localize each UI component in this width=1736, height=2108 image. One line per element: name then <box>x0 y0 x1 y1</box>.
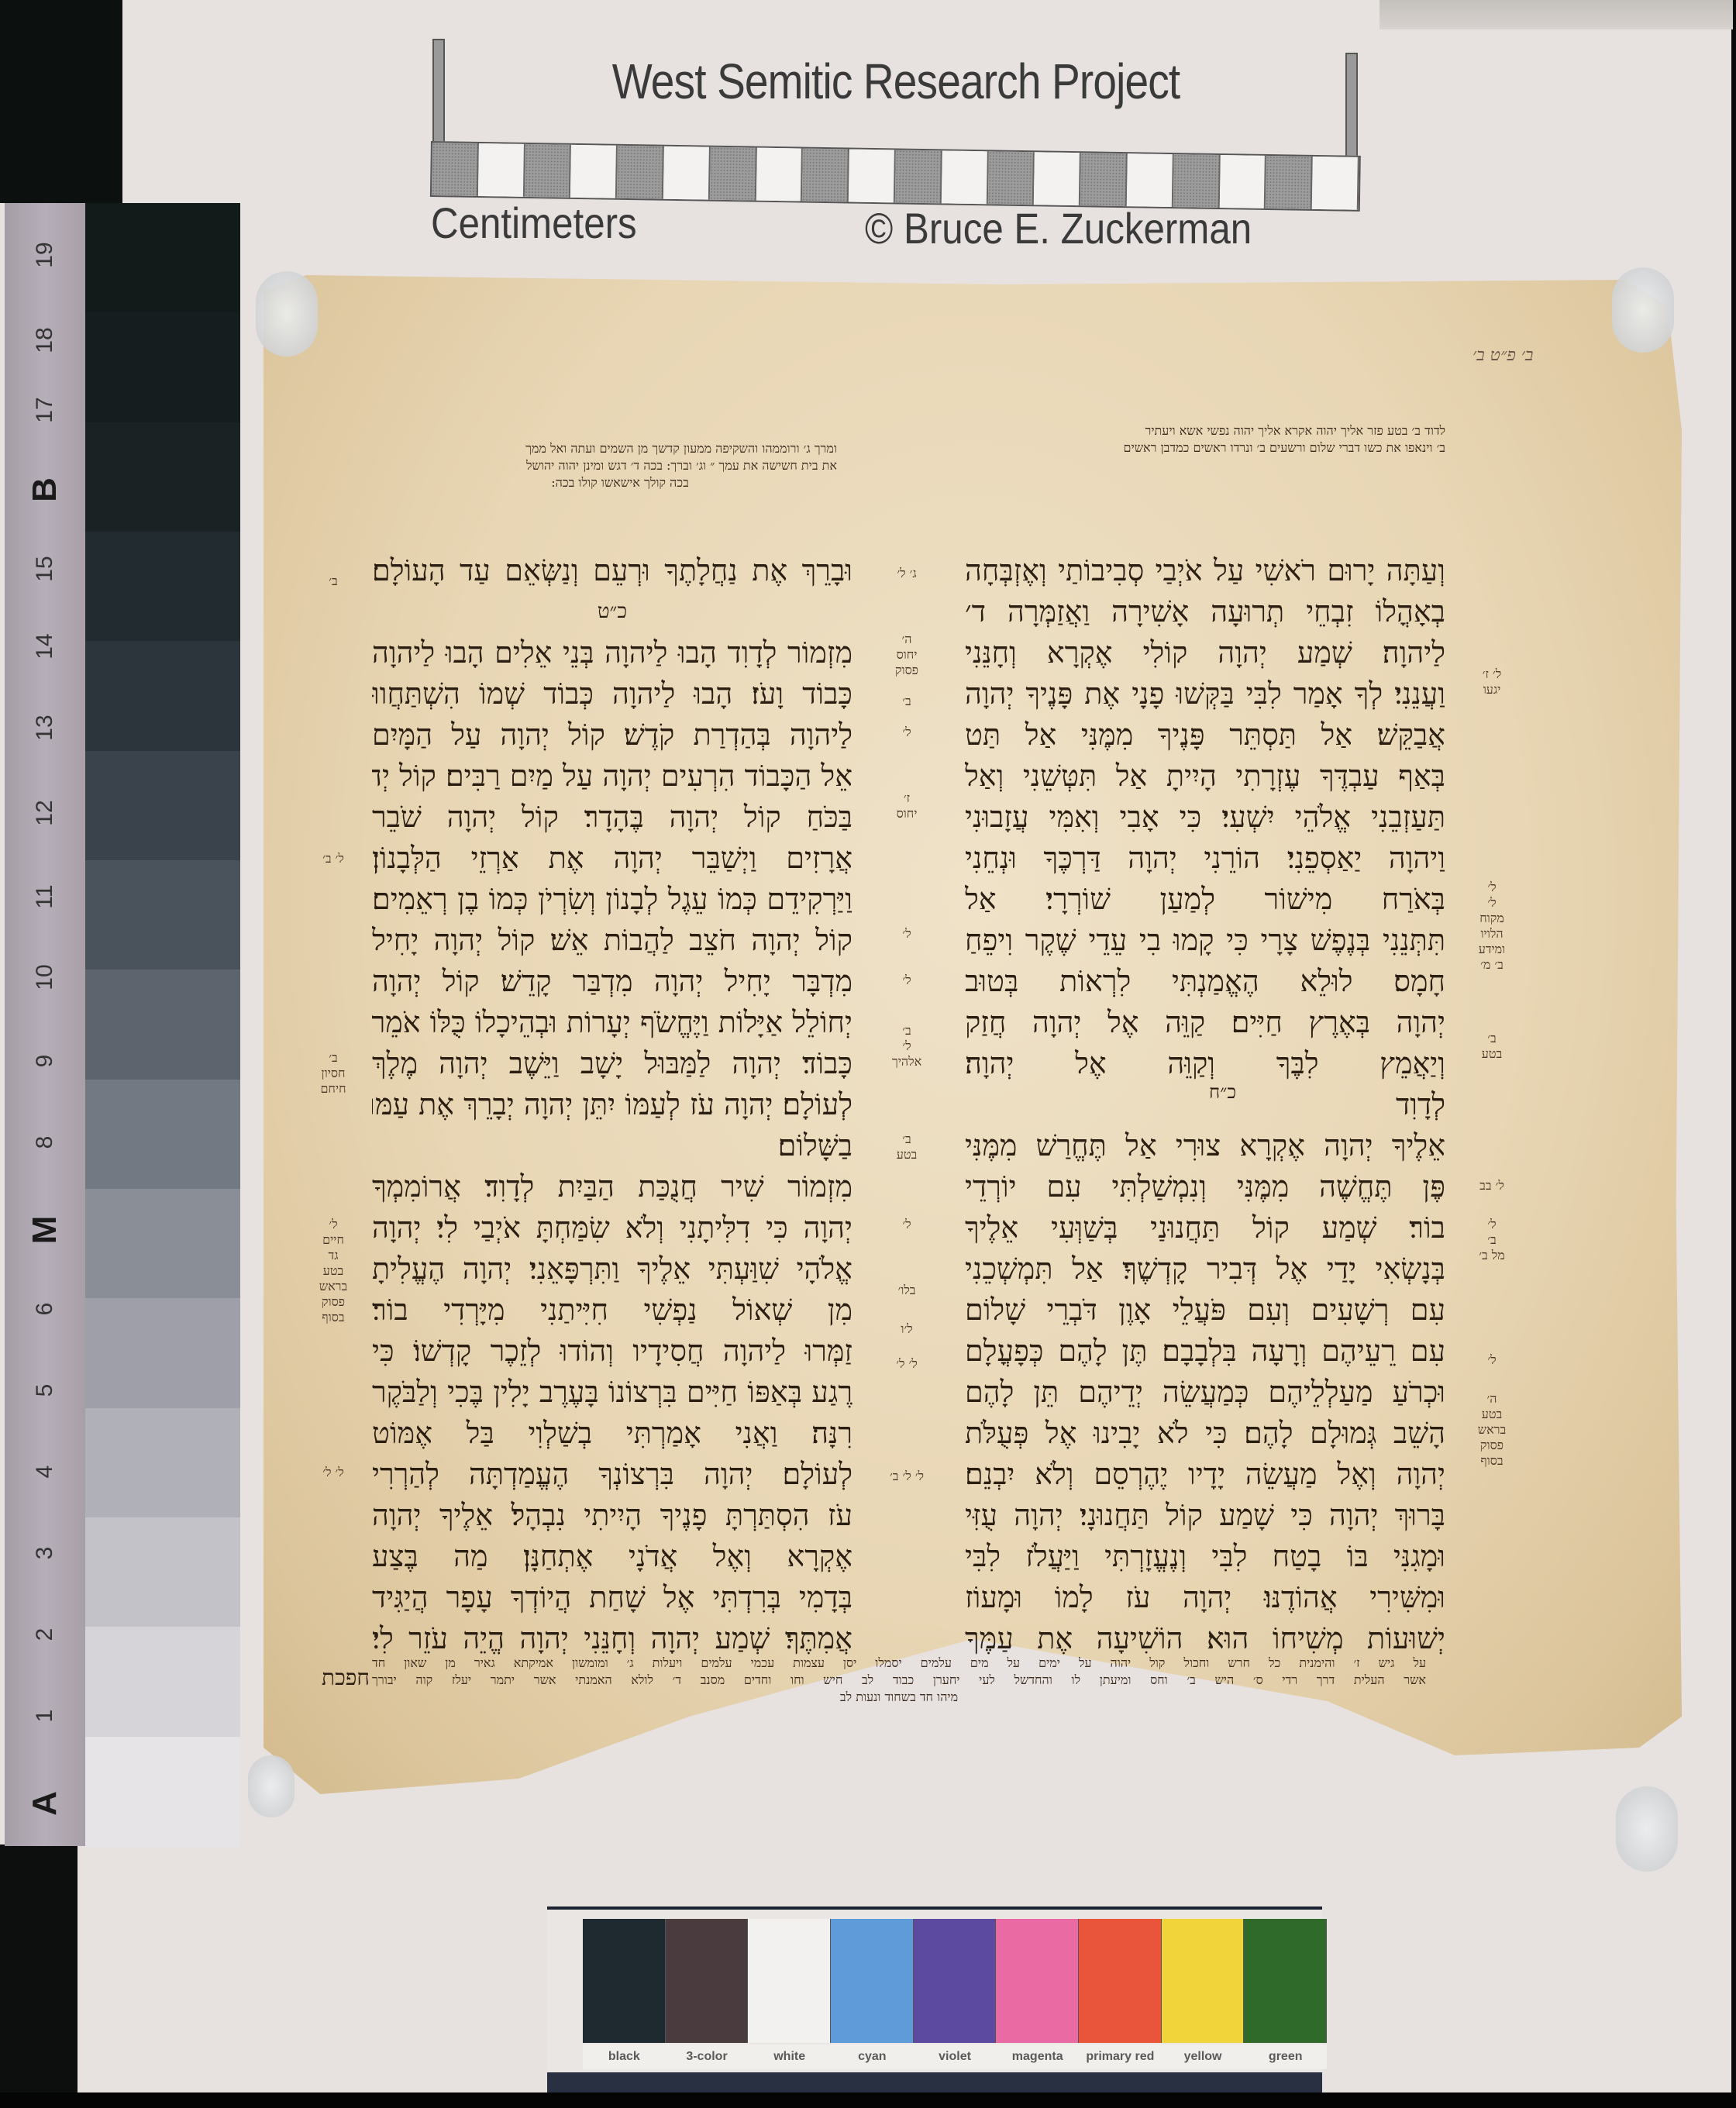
margin-note: ל׳ <box>880 973 934 988</box>
color-swatch-label: green <box>1244 2044 1327 2069</box>
manuscript-line: אֵלֶיךָ יְהוָה אֶקְרָא צוּרִי אַל תֶּחֱר… <box>965 1125 1445 1166</box>
scale-block <box>478 143 525 197</box>
masora-line: את בית חשישה את עמך ״ וג׳ וברך: בכה ד׳ ד… <box>403 457 837 474</box>
mounting-tape-top-right <box>1612 267 1674 353</box>
ruler-tick: B <box>26 457 64 522</box>
gray-step <box>85 641 240 751</box>
manuscript-line: בָּרוּךְ יְהוָה כִּי שָׁמַע קוֹל תַּחֲנו… <box>965 1495 1445 1536</box>
manuscript-line: אֵל הַכָּבוֹד הִרְעִים יְהוָה עַל מַיִם … <box>372 756 852 797</box>
backdrop-black-bottom <box>0 2092 1736 2108</box>
gray-step <box>85 203 240 313</box>
mounting-tape-top-left <box>256 271 318 356</box>
color-swatch <box>748 1919 831 2043</box>
margin-note: ל׳ ז׳ יגעו <box>1465 666 1519 697</box>
margin-note: ג׳ ל׳ <box>880 566 934 581</box>
gray-step <box>85 1189 240 1299</box>
scale-block <box>1080 153 1128 206</box>
ruler-tick: 19 <box>32 222 58 288</box>
scale-block <box>849 149 896 202</box>
color-swatches <box>583 1919 1327 2043</box>
margin-note: ל׳ ל׳ <box>306 1465 360 1480</box>
manuscript-line: אֱלֹהָי שִׁוַּעְתִּי אֵלֶיךָ וַתִּרְפָּא… <box>372 1249 852 1290</box>
scale-block <box>1173 154 1221 208</box>
color-swatch-label: yellow <box>1162 2044 1245 2069</box>
ruler-tick: 9 <box>32 1028 58 1094</box>
color-swatch <box>666 1919 749 2043</box>
masora-top-left: ומרך ג׳ ורוממהו והשקיפה ממעון קדשך מן הש… <box>403 440 837 491</box>
manuscript-line: בַּכֹּחַ קוֹל יְהוָה בֶּהָדָר׃ קוֹל יְהו… <box>372 797 852 838</box>
manuscript-line: יְחוֹלֵל אַיָּלוֹת וַיֶּחֱשֹׂף יְעָרוֹת … <box>372 1002 852 1043</box>
scale-block <box>663 146 711 200</box>
manuscript-line: וּמִשִּׁירִי אֲהוֹדֶנּוּ׃ יְהוָה עֹז לָמ… <box>965 1577 1445 1618</box>
ruler-tick: A <box>26 1771 64 1836</box>
ruler-tick: 13 <box>32 695 58 760</box>
ruler-tick: 17 <box>32 377 58 443</box>
color-swatch-label: white <box>748 2044 831 2069</box>
manuscript-line: אֶקְרָא וְאֶל אֲדֹנָי אֶתְחַנָּן׃ מַה בֶ… <box>372 1536 852 1577</box>
manuscript-line: וּמָגִנִּי בּוֹ בָטַח לִבִּי וְנֶעֱזָרְת… <box>965 1536 1445 1577</box>
manuscript-line: וַיַּרְקִידֵם כְּמוֹ עֵגֶל לְבָנוֹן וְשִ… <box>372 879 852 920</box>
gray-scale-strip <box>85 203 240 1846</box>
margin-note: בלו׳ <box>880 1283 934 1298</box>
gray-step <box>85 860 240 970</box>
margin-note: ל׳ חיים גד בטע בראש פסוק בסוף <box>306 1217 360 1325</box>
color-swatch <box>1079 1919 1162 2043</box>
ruler-tick: 14 <box>32 614 58 679</box>
manuscript-line: יְהוָה וְאֶל מַעֲשֵׂה יָדָיו יֶהֶרְסֵם ו… <box>965 1454 1445 1495</box>
manuscript-line: לַיהוָה׃ שְׁמַע יְהוָה קוֹלִי אֶקְרָא וְ… <box>965 632 1445 673</box>
masora-line: אשר העלית דרך רדי ס׳ היש ב׳ וחס ומיעתן ל… <box>372 1672 1426 1689</box>
manuscript-line: מִדְבָּר יָחִיל יְהוָה מִדְבַּר קָדֵשׁ׃ … <box>372 961 852 1002</box>
backdrop-black-corner-bottom <box>0 1844 77 2108</box>
scale-block <box>987 151 1035 205</box>
manuscript-line: כ״ט <box>372 591 852 632</box>
manuscript-line: אֲרָזִים וַיְשַׁבֵּר יְהוָה אֶת אַרְזֵי … <box>372 838 852 879</box>
text-column-left: וּבָרֵךְ אֶת נַחֲלָתֶךָ וּרְעֵם וְנַשְּׂ… <box>372 550 852 1659</box>
margin-note: ה׳ יחוס פסוק <box>880 632 934 678</box>
color-swatch-label: violet <box>914 2044 997 2069</box>
ruler-tick: 18 <box>32 308 58 373</box>
ruler-tick: 4 <box>32 1439 58 1504</box>
gray-step <box>85 1408 240 1518</box>
margin-note: ל׳ <box>1465 1352 1519 1368</box>
masora-bottom: על גיש ז׳ והימנית כל חרש וחכול קול יהוה … <box>372 1655 1426 1706</box>
ruler-tick: M <box>26 1197 64 1262</box>
backdrop-top-strip <box>1379 0 1733 29</box>
text-column-right: וְעַתָּה יָרוּם רֹאשִׁי עַל אֹיְבַי סְבִ… <box>965 550 1445 1659</box>
scale-unit-label: Centimeters <box>431 198 637 248</box>
margin-note: ל׳ ב׳ מל ב׳ <box>1465 1217 1519 1263</box>
manuscript-line: וְעַתָּה יָרוּם רֹאשִׁי עַל אֹיְבַי סְבִ… <box>965 550 1445 591</box>
scale-copyright: © Bruce E. Zuckerman <box>865 203 1252 253</box>
scale-block <box>617 146 664 199</box>
scale-block <box>1266 156 1313 209</box>
scale-left-post <box>432 39 445 154</box>
manuscript-line: תַּעַזְבֵנִי אֱלֹהֵי יִשְׁעִי׃ כִּי אָבִ… <box>965 797 1445 838</box>
masora-line: על גיש ז׳ והימנית כל חרש וחכול קול יהוה … <box>372 1655 1426 1672</box>
manuscript-line: לְעוֹלָם׃ יְהוָה בִּרְצוֹנְךָ הֶעֱמַדְתָ… <box>372 1454 852 1495</box>
manuscript-line: אֲבַקֵּשׁ׃ אַל תַּסְתֵּר פָּנֶיךָ מִמֶּנ… <box>965 715 1445 756</box>
manuscript-line: לְעוֹלָם׃ יְהוָה עֹז לְעַמּוֹ יִתֵּן יְה… <box>372 1084 852 1125</box>
color-swatch <box>1162 1919 1245 2043</box>
manuscript-line: בְּדָמִי בְּרִדְתִּי אֶל שָׁחַת הֲיוֹדְך… <box>372 1577 852 1618</box>
manuscript-line: מִן שְׁאוֹל נַפְשִׁי חִיִּיתַנִי מִיָּרְ… <box>372 1290 852 1331</box>
backdrop-black-corner <box>0 0 122 203</box>
scale-block <box>1219 155 1266 208</box>
color-chart-base <box>547 2072 1322 2092</box>
ruler-tick: 3 <box>32 1521 58 1586</box>
mounting-tape-bottom-right <box>1616 1786 1678 1872</box>
scale-title: West Semitic Research Project <box>496 53 1296 110</box>
ruler-tick: 5 <box>32 1358 58 1423</box>
manuscript-line: פֶּן תֶּחֱשֶׁה מִמֶּנִּי וְנִמְשַׁלְתִּי… <box>965 1166 1445 1207</box>
backdrop-black-edge <box>1731 0 1736 2108</box>
folio-mark: ב׳ פ״ט ב׳ <box>1472 345 1534 365</box>
manuscript-line: בוֹר׃ שְׁמַע קוֹל תַּחֲנוּנַי בְּשַׁוְּע… <box>965 1207 1445 1249</box>
manuscript-line: יְהוָה בְּאֶרֶץ חַיִּים׃ קַוֵּה אֶל יְהו… <box>965 1002 1445 1043</box>
masora-line: מיהו חד בשחוד ונעות לב <box>372 1689 1426 1706</box>
ruler-tick: 2 <box>32 1602 58 1667</box>
manuscript-line: וְיַאֲמֵץ לִבֶּךָ וְקַוֵּה אֶל יְהוָה׃ <box>965 1043 1445 1084</box>
masora-line: לדוד ב׳ בטע פזר אליך יהוה אקרא אליך יהוה… <box>965 422 1445 439</box>
gray-step <box>85 532 240 642</box>
color-swatch-label: primary red <box>1079 2044 1162 2069</box>
margin-note: ב׳ <box>880 694 934 709</box>
margin-note: ל׳ <box>880 725 934 740</box>
ruler-tick: 10 <box>32 945 58 1010</box>
color-swatch-labels: black3-colorwhitecyanvioletmagentaprimar… <box>583 2044 1327 2069</box>
psalm-number: כ״ח <box>1209 1081 1236 1104</box>
manuscript-line: בְּאֹרַח מִישׁוֹר לְמַעַן שׁוֹרְרָי׃ אַל <box>965 879 1445 920</box>
gray-step <box>85 970 240 1080</box>
masora-line: בכה קולך אישאשו קולו בכה: <box>403 474 837 491</box>
manuscript-line: בְּאַף עַבְדֶּךָ עֶזְרָתִי הָיִיתָ אַל ת… <box>965 756 1445 797</box>
manuscript-line: כָּבוֹד׃ יְהוָה לַמַּבּוּל יָשָׁב וַיֵּש… <box>372 1043 852 1084</box>
centimeter-ruler: 191817B15141312111098M654321A <box>5 203 85 1846</box>
color-swatch-label: magenta <box>996 2044 1079 2069</box>
manuscript-line: לְדָוִד <box>965 1084 1445 1125</box>
scale-block <box>432 143 479 196</box>
masora-line: ב׳ וינאפו את כשו דברי שלום ורשעים ב׳ ונר… <box>965 439 1445 456</box>
manuscript-line: וּכְרֹעַ מַעַלְלֵיהֶם כְּמַעֲשֵׂה יְדֵיה… <box>965 1372 1445 1413</box>
gray-step <box>85 1737 240 1847</box>
manuscript-line: זַמְּרוּ לַיהוָה חֲסִידָיו וְהוֹדוּ לְזֵ… <box>372 1331 852 1372</box>
color-swatch <box>914 1919 997 2043</box>
manuscript-line: עִם רֵעֵיהֶם וְרָעָה בִּלְבָבָם׃ תֶּן לָ… <box>965 1331 1445 1372</box>
manuscript-line: עֹז הִסְתַּרְתָּ פָנֶיךָ הָיִיתִי נִבְהָ… <box>372 1495 852 1536</box>
color-swatch-label: black <box>583 2044 666 2069</box>
manuscript-line: וַעֲנֵנִי׃ לְךָ אָמַר לִבִּי בַּקְּשׁוּ … <box>965 673 1445 715</box>
scale-block <box>756 148 803 201</box>
color-swatch <box>1244 1919 1327 2043</box>
gray-step <box>85 422 240 532</box>
color-swatch <box>583 1919 666 2043</box>
color-swatch-label: cyan <box>831 2044 914 2069</box>
scale-block <box>1034 152 1081 205</box>
ruler-tick: 11 <box>32 864 58 929</box>
manuscript-line: עִם רְשָׁעִים וְעִם פֹּעֲלֵי אָוֶן דֹּבְ… <box>965 1290 1445 1331</box>
manuscript-line: רִנָּה׃ וַאֲנִי אָמַרְתִּי בְשַׁלְוִי בַ… <box>372 1413 852 1454</box>
ruler-tick: 1 <box>32 1683 58 1748</box>
gray-step <box>85 1517 240 1627</box>
manuscript-line: לַיהוָה בְּהַדְרַת קֹדֶשׁ׃ קוֹל יְהוָה ע… <box>372 715 852 756</box>
margin-note: ל׳ <box>880 926 934 942</box>
margin-note: ל׳ ב׳ <box>306 851 360 866</box>
manuscript-line: יְהוָה כִּי דִלִּיתָנִי וְלֹא שִׂמַּחְתָ… <box>372 1207 852 1249</box>
margin-note: ל׳ בב <box>1465 1178 1519 1193</box>
scale-block <box>524 144 571 198</box>
manuscript-line: קוֹל יְהוָה חֹצֵב לַהֲבוֹת אֵשׁ׃ קוֹל יְ… <box>372 920 852 961</box>
scale-block <box>1312 157 1359 210</box>
gray-step <box>85 751 240 861</box>
margin-note: ב׳ בטע <box>880 1131 934 1162</box>
manuscript-line: חָמָס׃ לוּלֵא הֶאֱמַנְתִּי לִרְאוֹת בְּט… <box>965 961 1445 1002</box>
ruler-tick: 6 <box>32 1276 58 1342</box>
margin-note: ז׳ יחוס <box>880 790 934 821</box>
manuscript-line: בְאָהֳלוֹ זִבְחֵי תְרוּעָה אָשִׁירָה וַא… <box>965 591 1445 632</box>
color-calibration-chart: black3-colorwhitecyanvioletmagentaprimar… <box>547 1906 1322 2092</box>
manuscript-line: וַיהוָה יַאַסְפֵנִי׃ הוֹרֵנִי יְהוָה דַּ… <box>965 838 1445 879</box>
gray-step <box>85 1627 240 1737</box>
mounting-tape-bottom-left <box>248 1755 294 1817</box>
margin-note: ל׳ <box>880 1217 934 1232</box>
manuscript-line: בְּנָשְׂאִי יָדַי אֶל דְּבִיר קָדְשֶׁךָ׃… <box>965 1249 1445 1290</box>
color-swatch-label: 3-color <box>666 2044 749 2069</box>
color-swatch <box>831 1919 914 2043</box>
manuscript-line: תִּתְּנֵנִי בְּנֶפֶשׁ צָרָי כִּי קָמוּ ב… <box>965 920 1445 961</box>
scale-right-post <box>1345 53 1358 158</box>
margin-note: ל׳ו <box>880 1321 934 1337</box>
manuscript-line: כָּבוֹד וָעֹז׃ הָבוּ לַיהוָה כְּבוֹד שְׁ… <box>372 673 852 715</box>
scale-block <box>942 150 989 204</box>
margin-note: ב׳ ל׳ אלהיך <box>880 1023 934 1069</box>
color-swatch <box>996 1919 1079 2043</box>
manuscript-line: בַשָּׁלוֹם׃ <box>372 1125 852 1166</box>
margin-note: ב׳ חסיון חיחם <box>306 1050 360 1097</box>
manuscript-line: מִזְמוֹר שִׁיר חֲנֻכַּת הַבַּיִת לְדָוִד… <box>372 1166 852 1207</box>
manuscript-line: הָשֵׁב גְּמוּלָם לָהֶם׃ כִּי לֹא יָבִינו… <box>965 1413 1445 1454</box>
margin-note: ה׳ בטע בראש פסוק בסוף <box>1465 1391 1519 1469</box>
manuscript-line: אֲמִתֶּךָ׃ שְׁמַע יְהוָה וְחָנֵּנִי יְהו… <box>372 1618 852 1659</box>
scale-block <box>570 145 618 198</box>
scale-block <box>710 147 757 201</box>
margin-note: ל׳ ל׳ <box>880 1356 934 1372</box>
scale-block <box>802 149 849 202</box>
gray-step <box>85 312 240 422</box>
manuscript-line: וּבָרֵךְ אֶת נַחֲלָתֶךָ וּרְעֵם וְנַשְּׂ… <box>372 550 852 591</box>
ruler-tick: 8 <box>32 1110 58 1175</box>
manuscript-line: מִזְמוֹר לְדָוִד הָבוּ לַיהוָה בְּנֵי אֵ… <box>372 632 852 673</box>
margin-note: ב׳ <box>306 573 360 589</box>
manuscript-line: יְשׁוּעוֹת מְשִׁיחוֹ הוּא׃ הוֹשִׁיעָה אֶ… <box>965 1618 1445 1659</box>
masora-line: ומרך ג׳ ורוממהו והשקיפה ממעון קדשך מן הש… <box>403 440 837 457</box>
ruler-tick: 15 <box>32 536 58 601</box>
gray-step <box>85 1080 240 1190</box>
ruler-tick: 12 <box>32 780 58 846</box>
catchword: חפכת <box>322 1665 370 1691</box>
masora-top-right: לדוד ב׳ בטע פזר אליך יהוה אקרא אליך יהוה… <box>965 422 1445 456</box>
margin-note: ל׳ ל׳ מקוח הלויו ומידע ב׳ מ׳ <box>1465 880 1519 973</box>
manuscript-line: רֶגַע בְּאַפּוֹ חַיִּים בִּרְצוֹנוֹ בָּע… <box>372 1372 852 1413</box>
gray-step <box>85 1298 240 1408</box>
margin-note: ל׳ ל׳ ב׳ <box>880 1469 934 1484</box>
scale-block <box>895 150 942 203</box>
scale-bar: West Semitic Research Project Centimeter… <box>431 39 1361 263</box>
scale-block <box>1127 153 1174 207</box>
margin-note: ב׳ בטע <box>1465 1031 1519 1062</box>
